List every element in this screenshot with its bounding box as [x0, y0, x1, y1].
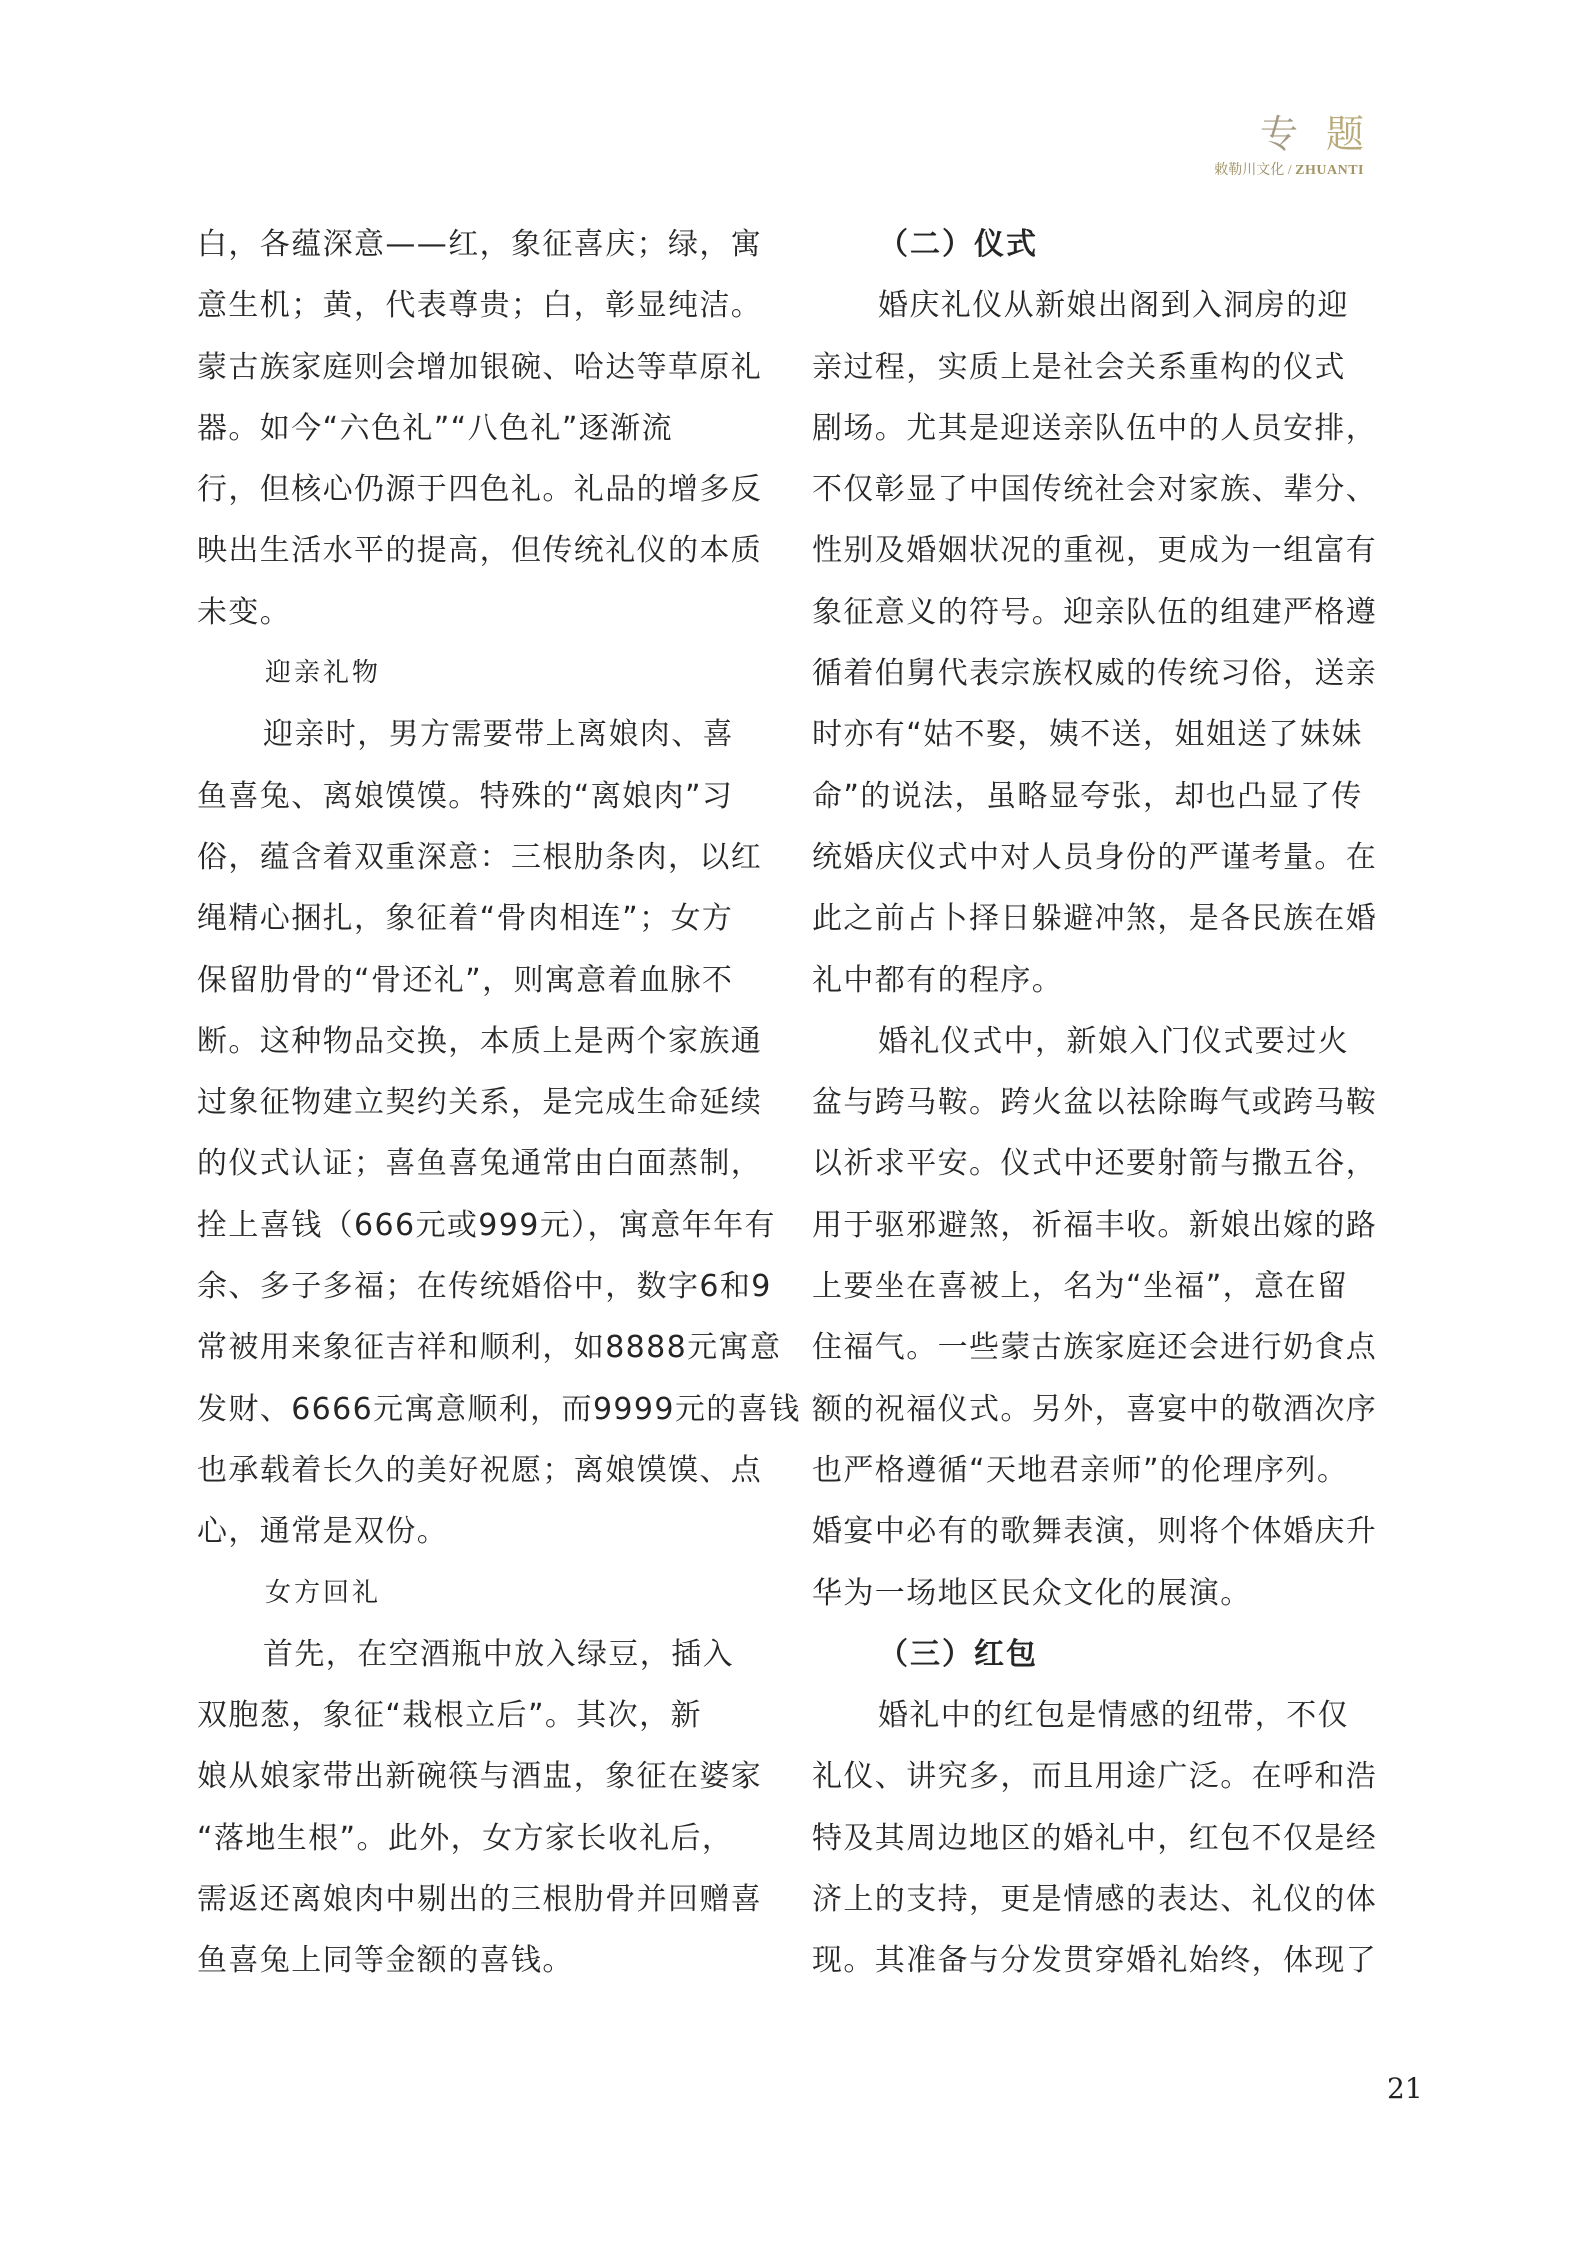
body-line: 需返还离娘肉中剔出的三根肋骨并回赠喜: [197, 1869, 777, 1930]
body-line: 用于驱邪避煞，祈福丰收。新娘出嫁的路: [812, 1195, 1392, 1256]
body-line: 鱼喜兔上同等金额的喜钱。: [197, 1930, 777, 1991]
body-line: 双胞葱，象征“栽根立后”。其次，新: [197, 1685, 777, 1746]
body-line: 亲过程，实质上是社会关系重构的仪式: [812, 337, 1392, 398]
body-line: 不仅彰显了中国传统社会对家族、辈分、: [812, 459, 1392, 520]
paragraph-start: 首先，在空酒瓶中放入绿豆，插入: [197, 1624, 777, 1685]
body-line: 上要坐在喜被上，名为“坐福”，意在留: [812, 1256, 1392, 1317]
paragraph-start: 迎亲时，男方需要带上离娘肉、喜: [197, 704, 777, 765]
body-line: 白，各蕴深意——红，象征喜庆；绿，寓: [197, 214, 777, 275]
body-line: 断。这种物品交换，本质上是两个家族通: [197, 1011, 777, 1072]
body-line: 俗，蕴含着双重深意：三根肋条肉，以红: [197, 827, 777, 888]
subheading-welcome-gifts: 迎亲礼物: [197, 643, 777, 704]
body-line: 绳精心捆扎，象征着“骨肉相连”；女方: [197, 888, 777, 949]
body-line: 象征意义的符号。迎亲队伍的组建严格遵: [812, 582, 1392, 643]
body-line: 此之前占卜择日躲避冲煞，是各民族在婚: [812, 888, 1392, 949]
subheading-return-gifts: 女方回礼: [197, 1563, 777, 1624]
body-line: 性别及婚姻状况的重视，更成为一组富有: [812, 520, 1392, 581]
body-line: 余、多子多福；在传统婚俗中，数字6和9: [197, 1256, 777, 1317]
body-line: 统婚庆仪式中对人员身份的严谨考量。在: [812, 827, 1392, 888]
body-line: 蒙古族家庭则会增加银碗、哈达等草原礼: [197, 337, 777, 398]
body-line: 意生机；黄，代表尊贵；白，彰显纯洁。: [197, 275, 777, 336]
paragraph-start: 婚礼中的红包是情感的纽带，不仅: [812, 1685, 1392, 1746]
body-line: 特及其周边地区的婚礼中，红包不仅是经: [812, 1808, 1392, 1869]
body-line: 的仪式认证；喜鱼喜兔通常由白面蒸制，: [197, 1133, 777, 1194]
running-header: 专题 敕勒川文化 / ZHUANTI: [1214, 112, 1364, 180]
section-title-char: 专: [1260, 112, 1326, 156]
right-column: （二）仪式 婚庆礼仪从新娘出阁到入洞房的迎 亲过程，实质上是社会关系重构的仪式 …: [812, 214, 1392, 1992]
body-line: 心，通常是双份。: [197, 1501, 777, 1562]
body-line: “落地生根”。此外，女方家长收礼后，: [197, 1808, 777, 1869]
body-line: 礼仪、讲究多，而且用途广泛。在呼和浩: [812, 1746, 1392, 1807]
subtitle-cn: 敕勒川文化: [1214, 163, 1284, 178]
section-title: 专题: [1214, 112, 1392, 156]
paragraph-start: 婚庆礼仪从新娘出阁到入洞房的迎: [812, 275, 1392, 336]
body-line: 礼中都有的程序。: [812, 950, 1392, 1011]
body-line: 常被用来象征吉祥和顺利，如8888元寓意: [197, 1317, 777, 1378]
body-line: 华为一场地区民众文化的展演。: [812, 1563, 1392, 1624]
body-line: 拴上喜钱（666元或999元），寓意年年有: [197, 1195, 777, 1256]
section-heading-ceremony: （二）仪式: [812, 214, 1392, 275]
page-number: 21: [1387, 2072, 1423, 2105]
body-line: 也严格遵循“天地君亲师”的伦理序列。: [812, 1440, 1392, 1501]
body-line: 额的祝福仪式。另外，喜宴中的敬酒次序: [812, 1379, 1392, 1440]
paragraph-start: 婚礼仪式中，新娘入门仪式要过火: [812, 1011, 1392, 1072]
section-title-char: 题: [1326, 112, 1392, 156]
body-line: 发财、6666元寓意顺利，而9999元的喜钱: [197, 1379, 777, 1440]
body-line: 以祈求平安。仪式中还要射箭与撒五谷，: [812, 1133, 1392, 1194]
body-line: 未变。: [197, 582, 777, 643]
body-line: 保留肋骨的“骨还礼”，则寓意着血脉不: [197, 950, 777, 1011]
body-line: 现。其准备与分发贯穿婚礼始终，体现了: [812, 1930, 1392, 1991]
subtitle-en: ZHUANTI: [1295, 163, 1364, 178]
body-line: 循着伯舅代表宗族权威的传统习俗，送亲: [812, 643, 1392, 704]
body-line: 婚宴中必有的歌舞表演，则将个体婚庆升: [812, 1501, 1392, 1562]
section-heading-red-envelope: （三）红包: [812, 1624, 1392, 1685]
body-line: 盆与跨马鞍。跨火盆以祛除晦气或跨马鞍: [812, 1072, 1392, 1133]
body-line: 也承载着长久的美好祝愿；离娘馍馍、点: [197, 1440, 777, 1501]
body-line: 鱼喜兔、离娘馍馍。特殊的“离娘肉”习: [197, 766, 777, 827]
body-line: 过象征物建立契约关系，是完成生命延续: [197, 1072, 777, 1133]
body-line: 命”的说法，虽略显夸张，却也凸显了传: [812, 766, 1392, 827]
body-line: 住福气。一些蒙古族家庭还会进行奶食点: [812, 1317, 1392, 1378]
body-line: 娘从娘家带出新碗筷与酒盅，象征在婆家: [197, 1746, 777, 1807]
body-line: 济上的支持，更是情感的表达、礼仪的体: [812, 1869, 1392, 1930]
body-line: 时亦有“姑不娶，姨不送，姐姐送了妹妹: [812, 704, 1392, 765]
body-line: 器。如今“六色礼”“八色礼”逐渐流: [197, 398, 777, 459]
body-line: 行，但核心仍源于四色礼。礼品的增多反: [197, 459, 777, 520]
left-column: 白，各蕴深意——红，象征喜庆；绿，寓 意生机；黄，代表尊贵；白，彰显纯洁。 蒙古…: [197, 214, 777, 1992]
section-subtitle: 敕勒川文化 / ZHUANTI: [1214, 162, 1364, 180]
body-line: 映出生活水平的提高，但传统礼仪的本质: [197, 520, 777, 581]
body-line: 剧场。尤其是迎送亲队伍中的人员安排，: [812, 398, 1392, 459]
subtitle-separator: /: [1288, 163, 1292, 178]
